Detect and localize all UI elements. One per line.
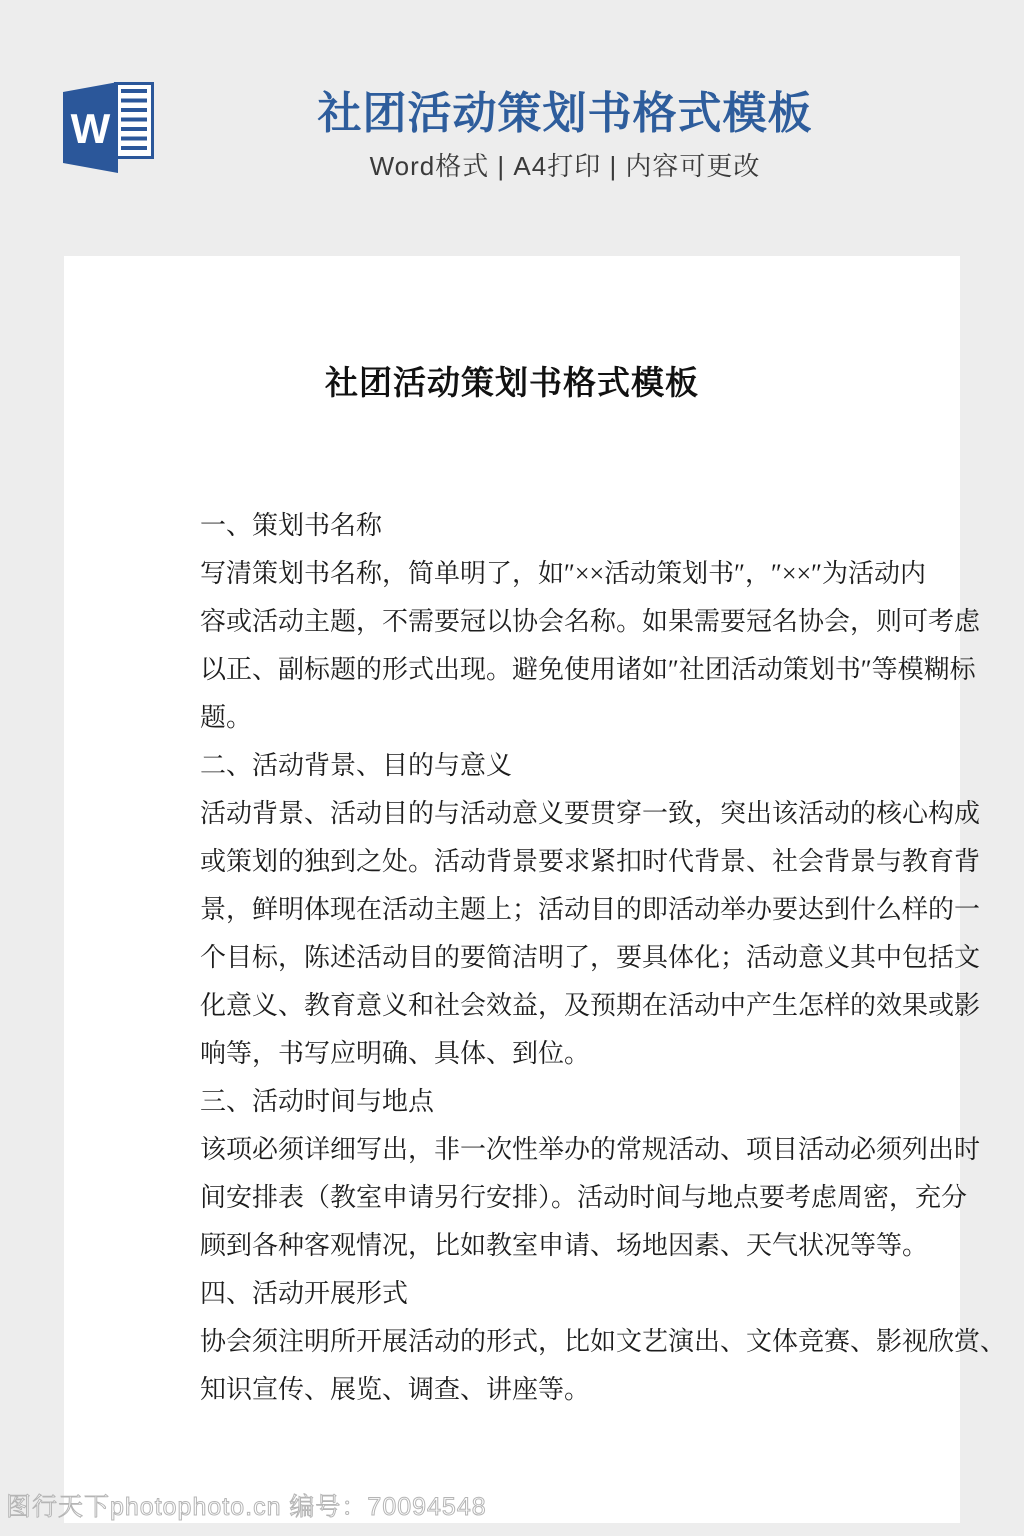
document-line: 景，鲜明体现在活动主题上；活动目的即活动举办要达到什么样的一 xyxy=(200,886,840,934)
document-line: 化意义、教育意义和社会效益，及预期在活动中产生怎样的效果或影 xyxy=(200,982,840,1030)
document-line: 三、活动时间与地点 xyxy=(200,1078,840,1126)
document-title: 社团活动策划书格式模板 xyxy=(64,360,960,408)
word-icon-letter: W xyxy=(71,108,111,150)
document-body: 一、策划书名称写清策划书名称，简单明了，如″××活动策划书″，″××″为活动内容… xyxy=(200,502,840,1414)
document-line: 顾到各种客观情况，比如教室申请、场地因素、天气状况等等。 xyxy=(200,1222,840,1270)
document-line: 个目标，陈述活动目的要简洁明了，要具体化；活动意义其中包括文 xyxy=(200,934,840,982)
document-line: 响等，书写应明确、具体、到位。 xyxy=(200,1030,840,1078)
header: W 社团活动策划书格式模板 Word格式 | A4打印 | 内容可更改 xyxy=(0,0,1024,256)
document-line: 一、策划书名称 xyxy=(200,502,840,550)
header-text: 社团活动策划书格式模板 Word格式 | A4打印 | 内容可更改 xyxy=(170,88,960,182)
document-line: 二、活动背景、目的与意义 xyxy=(200,742,840,790)
template-title: 社团活动策划书格式模板 xyxy=(170,88,960,140)
document-line: 该项必须详细写出，非一次性举办的常规活动、项目活动必须列出时 xyxy=(200,1126,840,1174)
document-line: 四、活动开展形式 xyxy=(200,1270,840,1318)
document-line: 协会须注明所开展活动的形式，比如文艺演出、文体竞赛、影视欣赏、 xyxy=(200,1318,840,1366)
template-subtitle: Word格式 | A4打印 | 内容可更改 xyxy=(170,150,960,182)
site-watermark: 图行天下photophoto.cn 编号：70094548 xyxy=(6,1487,487,1523)
word-icon: W xyxy=(63,82,158,174)
word-icon-flag: W xyxy=(63,82,118,173)
template-preview-page: { "colors": { "background": "#ededed", "… xyxy=(0,0,1024,1536)
word-icon-page-lines xyxy=(121,89,147,152)
document-line: 以正、副标题的形式出现。避免使用诸如″社团活动策划书″等模糊标 xyxy=(200,646,840,694)
word-icon-page xyxy=(114,82,154,159)
document-line: 写清策划书名称，简单明了，如″××活动策划书″，″××″为活动内 xyxy=(200,550,840,598)
document-line: 活动背景、活动目的与活动意义要贯穿一致，突出该活动的核心构成 xyxy=(200,790,840,838)
document-paper: 社团活动策划书格式模板 一、策划书名称写清策划书名称，简单明了，如″××活动策划… xyxy=(64,256,960,1523)
document-line: 间安排表（教室申请另行安排）。活动时间与地点要考虑周密，充分 xyxy=(200,1174,840,1222)
document-line: 容或活动主题，不需要冠以协会名称。如果需要冠名协会，则可考虑 xyxy=(200,598,840,646)
document-line: 或策划的独到之处。活动背景要求紧扣时代背景、社会背景与教育背 xyxy=(200,838,840,886)
document-line: 知识宣传、展览、调查、讲座等。 xyxy=(200,1366,840,1414)
document-line: 题。 xyxy=(200,694,840,742)
